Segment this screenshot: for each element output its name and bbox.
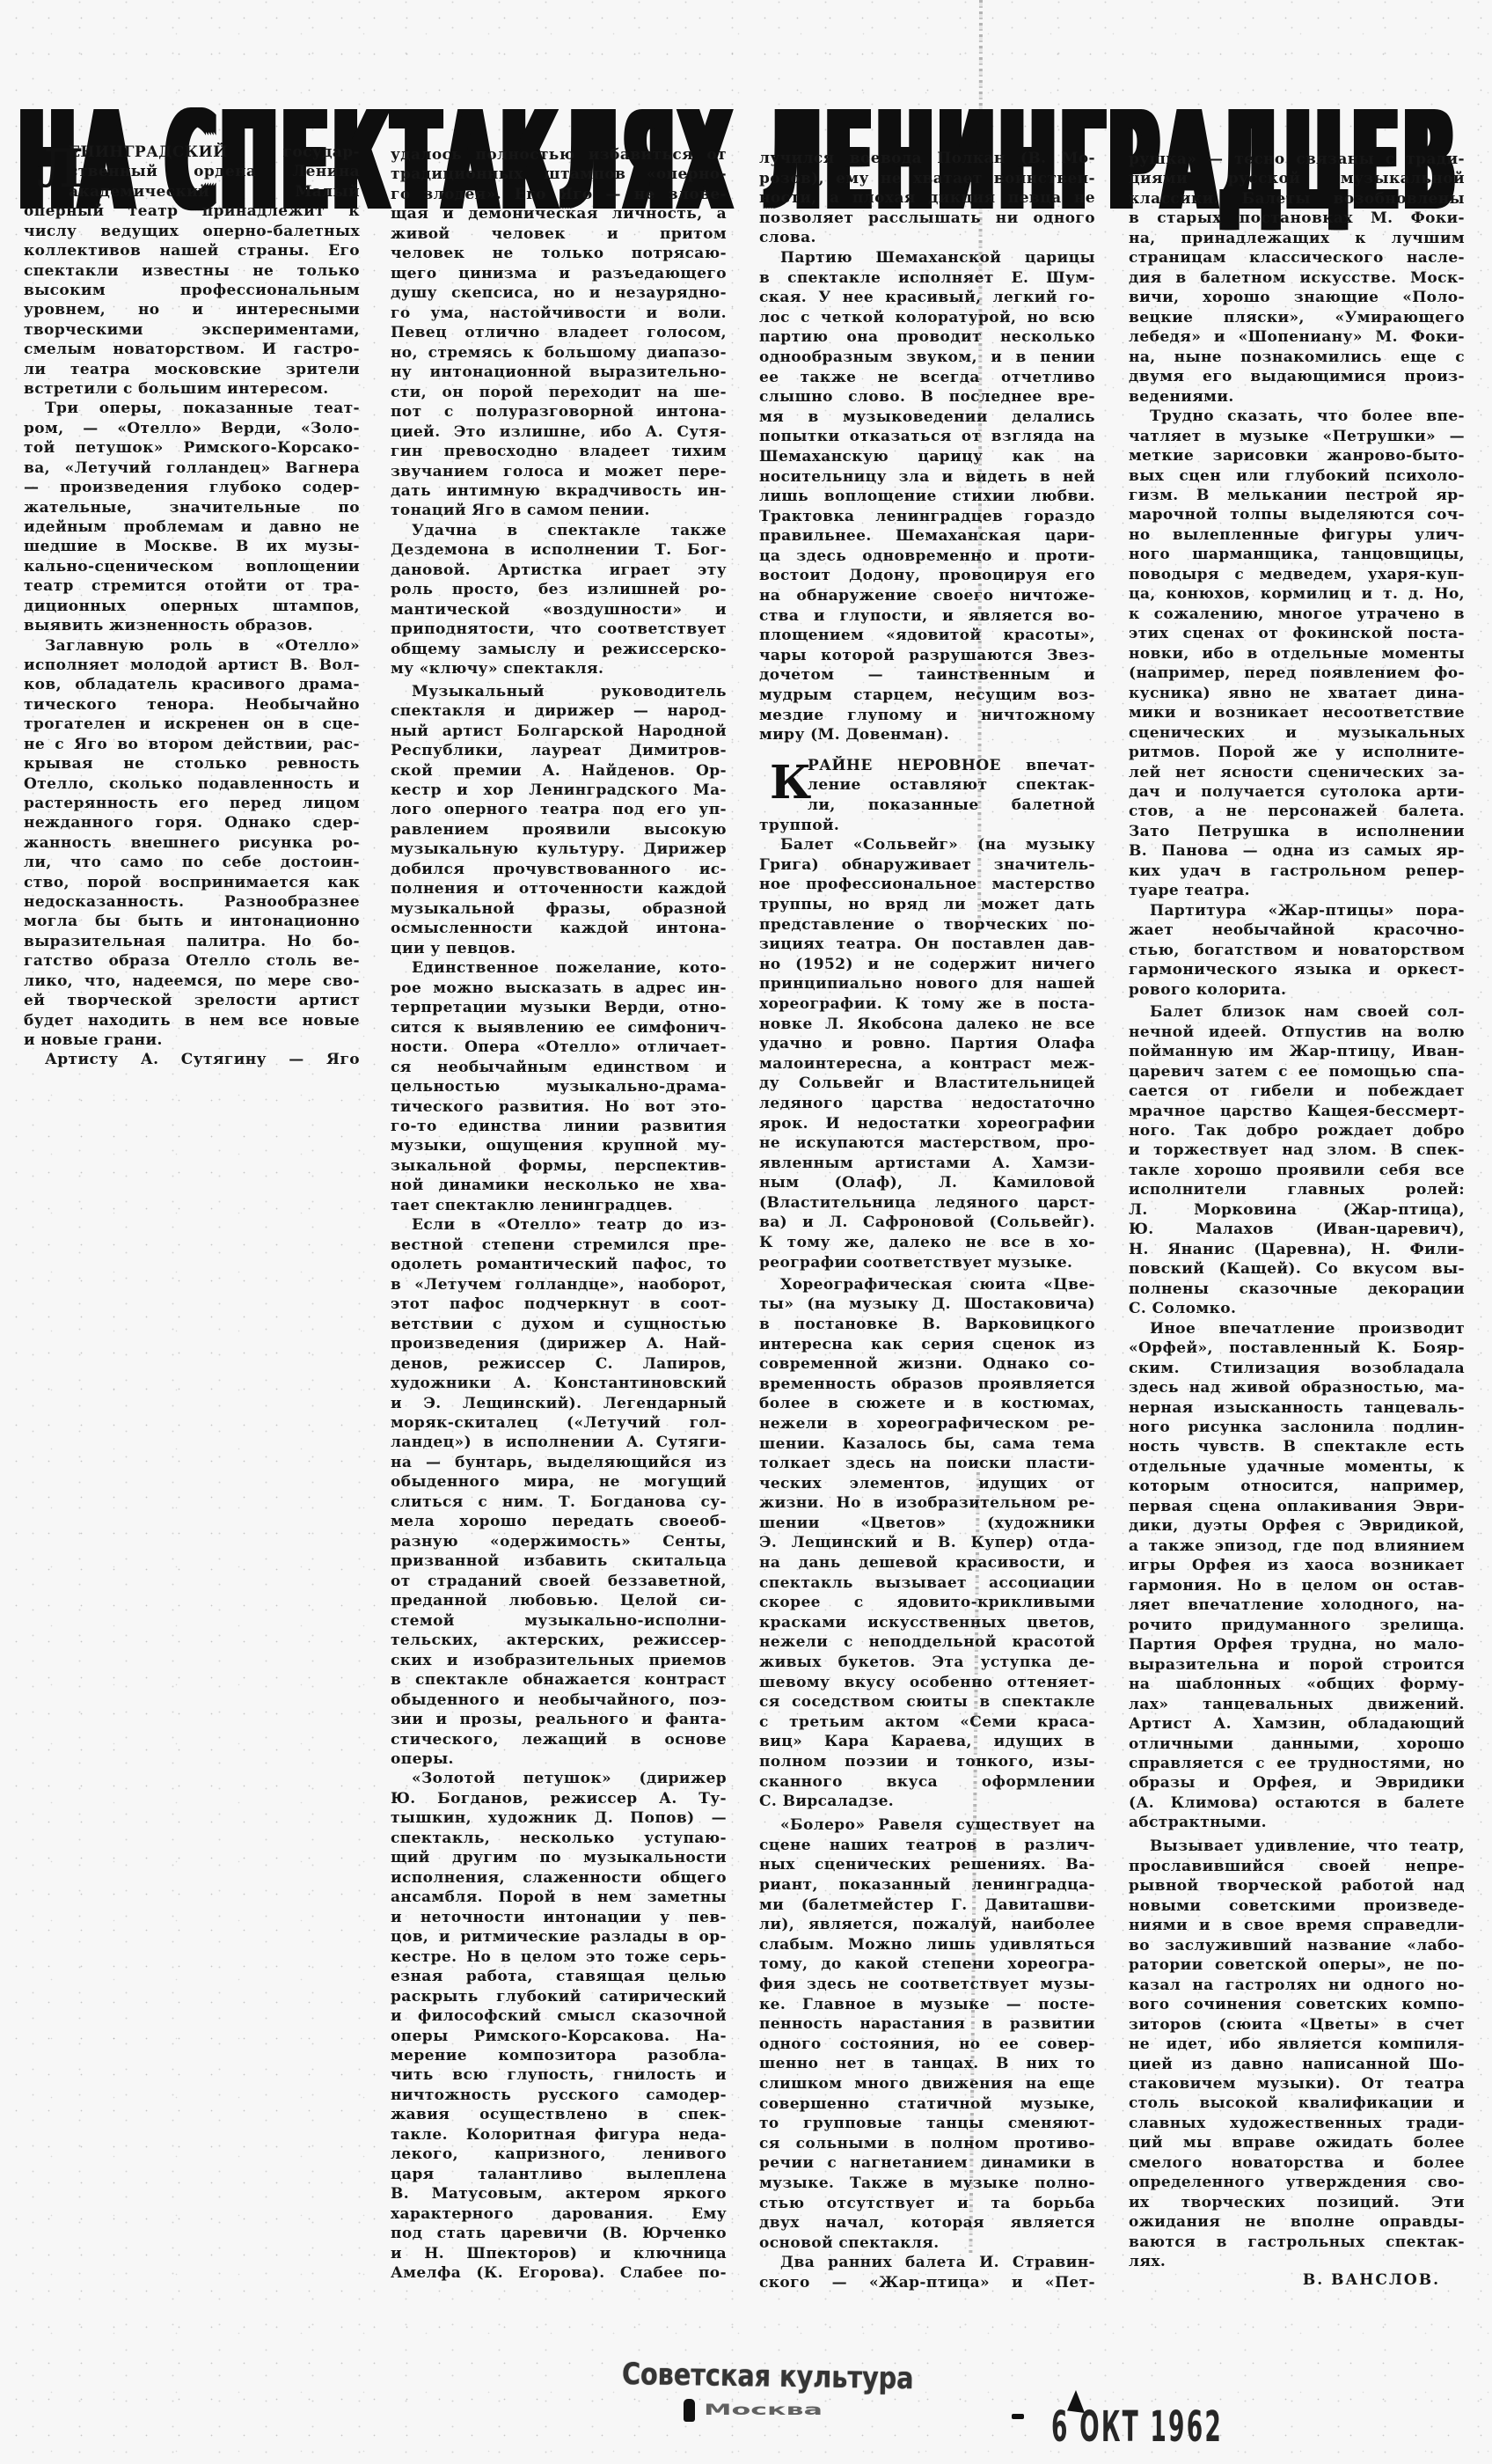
article-line: ся сольными в полном противо- <box>759 2134 1095 2154</box>
article-line: характерного дарования. Ему <box>391 2204 727 2224</box>
article-line: столь высокой квалификации и <box>1129 2094 1465 2113</box>
article-line: той петушок» Римского-Корсако- <box>24 438 360 458</box>
article-line: ца здесь одновременно и проти- <box>759 546 1095 567</box>
article-line: (Властительница ледяного царст- <box>759 1193 1095 1214</box>
article-line: Три оперы, показанные теат- <box>24 399 360 418</box>
article-line: дановой. Артистка играет эту <box>391 561 727 580</box>
article-line: С. Соломко. <box>1129 1299 1465 1318</box>
article-line: рушка» — тесно связаны с тради- <box>1129 150 1465 169</box>
article-line: лекого, капризного, ленивого <box>391 2145 727 2164</box>
article-line: на шаблонных «общих форму- <box>1129 1675 1465 1694</box>
article-line: одолеть романтический пафос, то <box>391 1255 727 1274</box>
article-line: ведениями. <box>1129 387 1465 407</box>
article-paragraph: Музыкальный руководительспектакля и дири… <box>391 682 727 959</box>
article-line: ветствии с духом и сущностью <box>391 1315 727 1334</box>
article-line: живой человек и притом <box>391 224 727 244</box>
article-line: ва, «Летучий голландец» Вагнера <box>24 458 360 478</box>
article-line: на, ныне познакомились еще с <box>1129 348 1465 367</box>
article-line: недосказанность. Разнообразнее <box>24 892 360 912</box>
article-line: высоким профессиональным <box>24 281 360 300</box>
article-line: мантической «воздушности» и <box>391 600 727 620</box>
article-line: стов, а не персонажей балета. <box>1129 802 1465 821</box>
article-line: тает спектаклю ленинградцев. <box>391 1196 727 1215</box>
article-line: мездие глупому и ничтожному <box>759 706 1095 726</box>
article-line: мерение композитора разобла- <box>391 2046 727 2065</box>
article-line: Амелфа (К. Егорова). Слабее по- <box>391 2263 727 2283</box>
article-line: с третьим актом «Семи краса- <box>759 1712 1095 1733</box>
article-line: жательные, значительные по <box>24 498 360 517</box>
article-line: оперы. <box>391 1749 727 1769</box>
article-paragraph: Два ранних балета И. Стравин-ского — «Жа… <box>759 2253 1095 2292</box>
article-line: ритмов. Порой же у исполните- <box>1129 743 1465 762</box>
article-paragraph: Трудно сказать, что более впе-чатляет в … <box>1129 407 1465 901</box>
article-line: сканного вкуса оформлении <box>759 1772 1095 1793</box>
article-line: удалось полностью избавиться от <box>391 145 727 165</box>
article-line: призванной избавить скитальца <box>391 1551 727 1571</box>
article-paragraph: Балет «Сольвейг» (на музыкуГрига) обнару… <box>759 835 1095 1272</box>
ink-blot <box>684 2399 695 2422</box>
article-line: мики и возникает несоответствие <box>1129 703 1465 722</box>
article-line: Артисту А. Сутягину — Яго <box>24 1050 360 1069</box>
article-line: выразительная палитра. Но бо- <box>24 932 360 951</box>
article-line: Если в «Отелло» театр до из- <box>391 1215 727 1235</box>
article-line: Единственное пожелание, кото- <box>391 958 727 978</box>
article-line: гатство образа Отелло столь ве- <box>24 951 360 971</box>
article-line: а также эпизод, где под влиянием <box>1129 1536 1465 1556</box>
article-line: ся соседством сюиты в спектакле <box>759 1692 1095 1712</box>
article-line: царя талантливо вылеплена <box>391 2165 727 2184</box>
article-line: сценических и музыкальных <box>1129 723 1465 743</box>
ink-blot <box>1012 2414 1024 2419</box>
article-line: под стать царевичи (В. Юрченко <box>391 2224 727 2243</box>
article-line: роль просто, без излишней ро- <box>391 580 727 599</box>
article-line: слиться с ним. Т. Богданова су- <box>391 1492 727 1512</box>
article-paragraph: ЛЕНИНГРАДСКИЙ государ-ственный ордена Ле… <box>24 143 360 399</box>
article-line: труппы, но вряд ли может дать <box>759 895 1095 915</box>
article-line: новке Л. Якобсона далеко не все <box>759 1015 1095 1035</box>
article-line: му «ключу» спектакля. <box>391 659 727 678</box>
article-line: стемой музыкально-исполни- <box>391 1611 727 1631</box>
article-line: ская. У нее красивый, легкий го- <box>759 288 1095 308</box>
article-line: ожидания не вполне оправды- <box>1129 2212 1465 2232</box>
article-line: классики. Балеты возобновлены <box>1129 189 1465 209</box>
drop-cap: Л <box>37 143 84 195</box>
article-line: однообразным звуком, и в пении <box>759 348 1095 368</box>
article-line: славных художественных тради- <box>1129 2114 1465 2133</box>
article-line: лишь воплощение стихии любви. <box>759 487 1095 507</box>
article-line: чары которой разрушаются Звез- <box>759 646 1095 666</box>
article-line: тышкин, художник Д. Попов) — <box>391 1808 727 1828</box>
article-line: и философский смысл сказочной <box>391 2006 727 2026</box>
article-line: выразительна и порой строится <box>1129 1655 1465 1675</box>
article-line: музыки, ощущения крупной му- <box>391 1136 727 1155</box>
article-line: лого оперного театра под его уп- <box>391 800 727 819</box>
article-line: повский (Кащей). Со вкусом вы- <box>1129 1259 1465 1279</box>
article-line: Ю. Богданов, режиссер А. Ту- <box>391 1789 727 1808</box>
stamp-city: Москва <box>704 2403 823 2418</box>
article-line: Два ранних балета И. Стравин- <box>759 2253 1095 2273</box>
article-line: ства и глупости, и является во- <box>759 606 1095 627</box>
article-line: мела хорошо передать своеоб- <box>391 1512 727 1531</box>
article-line: ной динамики несколько не хва- <box>391 1176 727 1195</box>
article-line: образы и Орфея, и Эвридики <box>1129 1773 1465 1793</box>
article-line: шенно нет в танцах. В них то <box>759 2054 1095 2074</box>
article-column-1: ЛЕНИНГРАДСКИЙ государ-ственный ордена Ле… <box>24 143 360 1070</box>
article-line: двух начал, которая является <box>759 2213 1095 2233</box>
article-line: Партия Орфея трудна, но мало- <box>1129 1635 1465 1654</box>
article-line: этот пафос подчеркнут в соот- <box>391 1294 727 1314</box>
article-line: цельностью музыкально-драма- <box>391 1077 727 1096</box>
article-line: ли, что само по себе достоин- <box>24 853 360 872</box>
article-line: которым относится, например, <box>1129 1477 1465 1496</box>
drop-cap: К <box>770 760 812 806</box>
article-line: Партию Шемаханской царицы <box>759 248 1095 268</box>
article-line: спектакль вызывает ассоциации <box>759 1573 1095 1594</box>
article-line: не идет, ибо является компиля- <box>1129 2035 1465 2054</box>
article-line: вестной степени стремился пре- <box>391 1236 727 1255</box>
article-line: шении «Цветов» (художники <box>759 1514 1095 1534</box>
article-line: Дездемона в исполнении Т. Бог- <box>391 540 727 560</box>
article-line: исполнения, слаженности общего <box>391 1868 727 1888</box>
article-line: жизни. Но в изобразительном ре- <box>759 1493 1095 1514</box>
article-line: абстрактными. <box>1129 1813 1465 1832</box>
article-line: человек не только потрясаю- <box>391 244 727 263</box>
article-line: Ю. Малахов (Иван-царевич), <box>1129 1220 1465 1239</box>
article-line: ми (балетмейстер Г. Давиташви- <box>759 1896 1095 1916</box>
article-line: гармонического языка и оркест- <box>1129 960 1465 979</box>
article-line: (например, перед появлением фо- <box>1129 664 1465 683</box>
article-line: рывной творческой работой над <box>1129 1876 1465 1896</box>
article-line: скорее с ядовито-крикливыми <box>759 1593 1095 1613</box>
article-line: циями русской музыкальной <box>1129 169 1465 188</box>
article-paragraph: Балет близок нам своей сол-нечной идеей.… <box>1129 1002 1465 1319</box>
article-line: но, стремясь к большому диапазо- <box>391 343 727 363</box>
stamp-publication-name: Советская культура <box>622 2359 914 2394</box>
article-paragraph: Единственное пожелание, кото-рое можно в… <box>391 958 727 1215</box>
article-line: В. Матусовым, актером яркого <box>391 2184 727 2204</box>
article-line: попытки отказаться от взгляда на <box>759 427 1095 447</box>
article-line: современной жизни. Однако со- <box>759 1354 1095 1375</box>
article-line: езная работа, ставящая целью <box>391 1967 727 1986</box>
article-line: щий другим по музыкальности <box>391 1848 727 1867</box>
article-line: осмысленности каждой интона- <box>391 919 727 938</box>
article-line: денов, режиссер С. Лапиров, <box>391 1354 727 1374</box>
article-line: и Э. Лещинский). Легендарный <box>391 1394 727 1413</box>
article-line: «Болеро» Равеля существует на <box>759 1815 1095 1836</box>
article-line: ное профессиональное мастерство <box>759 875 1095 895</box>
article-line: кестре. Но в целом это тоже серь- <box>391 1947 727 1967</box>
article-line: правильнее. Шемаханская цари- <box>759 526 1095 546</box>
article-paragraph: Партитура «Жар-птицы» пора-жает необычай… <box>1129 901 1465 1000</box>
article-line: ца, конюхов, кормилиц и т. д. Но, <box>1129 584 1465 604</box>
article-line: ром, — «Отелло» Верди, «Золо- <box>24 419 360 438</box>
article-line: совершенно статичной музыке, <box>759 2094 1095 2115</box>
article-line: первая сцена оплакивания Эври- <box>1129 1497 1465 1516</box>
article-line: лос с четкой колоратурой, но всю <box>759 308 1095 328</box>
article-line: слышно слово. В последнее вре- <box>759 387 1095 407</box>
article-line: Республики, лауреат Димитров- <box>391 741 727 760</box>
article-line: обыденного мира, не могущий <box>391 1472 727 1492</box>
article-line: двумя его выдающимися произ- <box>1129 367 1465 386</box>
article-line: лико, что, надеемся, по мере сво- <box>24 972 360 991</box>
article-line: терпретации музыки Верди, отно- <box>391 998 727 1017</box>
article-line: дики, дуэты Орфея с Эвридикой, <box>1129 1516 1465 1536</box>
article-line: ратории советской оперы», не по- <box>1129 1955 1465 1975</box>
article-line: ного. Так добро рождает добро <box>1129 1121 1465 1140</box>
article-line: шедшие в Москве. В их музы- <box>24 537 360 556</box>
article-line: такле хорошо проявили себя все <box>1129 1161 1465 1180</box>
article-line: отдельные удачные моменты, к <box>1129 1457 1465 1477</box>
article-line: позволяет расслышать ни одного <box>759 209 1095 229</box>
article-line: ности, а плохая дикция певца не <box>759 188 1095 209</box>
article-line: Иное впечатление производит <box>1129 1319 1465 1338</box>
article-line: сцене наших театров в различ- <box>759 1836 1095 1856</box>
article-line: ли театра московские зрители <box>24 360 360 379</box>
article-line: риант, показанный ленинградца- <box>759 1875 1095 1896</box>
article-column-4: рушка» — тесно связаны с тради-циями рус… <box>1129 150 1465 2272</box>
article-line: ничтожность русского самодер- <box>391 2086 727 2105</box>
article-line: пот с полуразговорной интона- <box>391 402 727 422</box>
article-line: душу скепсиса, но и незаурядно- <box>391 283 727 303</box>
article-line: цов, и ритмические разлады в ор- <box>391 1927 727 1947</box>
article-line: го ума, настойчивости и воли. <box>391 304 727 323</box>
article-line: Вызывает удивление, что театр, <box>1129 1837 1465 1856</box>
article-line: ность чувств. В спектакле есть <box>1129 1437 1465 1456</box>
article-line: гармония. Но в целом он остав- <box>1129 1576 1465 1595</box>
article-line: традиционных штампов «оперно- <box>391 165 727 184</box>
article-line: меткие зарисовки жанрово-быто- <box>1129 446 1465 466</box>
article-line: миру (М. Довенман). <box>759 725 1095 745</box>
article-line: ниями и в свое время справедли- <box>1129 1916 1465 1935</box>
article-line: ским. Стилизация возобладала <box>1129 1359 1465 1378</box>
article-line: сится к выявлению ее симфонич- <box>391 1018 727 1038</box>
article-paragraph: лучился воевода Полкан (В. Мо-розов), ем… <box>759 149 1095 248</box>
article-line: вых сцен или глубокий психоло- <box>1129 466 1465 486</box>
article-line: исполнители главных ролей: <box>1129 1180 1465 1199</box>
article-line: востоит Додону, провоцируя его <box>759 566 1095 586</box>
article-line: коллективов нашей страны. Его <box>24 241 360 260</box>
article-line: Грига) обнаруживает значитель- <box>759 855 1095 876</box>
article-line: лей нет ясности сценических за- <box>1129 763 1465 782</box>
article-line: более в сюжете и в костюмах, <box>759 1394 1095 1414</box>
article-line: в «Летучем голландце», наоборот, <box>391 1275 727 1294</box>
article-line: этих сценах от фокинской поста- <box>1129 624 1465 643</box>
article-line: в спектакле обнажается контраст <box>391 1670 727 1690</box>
article-line: зыкальной формы, перспектив- <box>391 1156 727 1176</box>
article-line: рое можно высказать в адрес ин- <box>391 979 727 998</box>
article-line: малоинтересна, а контраст меж- <box>759 1054 1095 1074</box>
article-line: марочной толпы выделяются соч- <box>1129 505 1465 524</box>
article-line: ство, порой воспринимается как <box>24 873 360 892</box>
article-line: смелым новаторством. И гастро- <box>24 340 360 359</box>
article-line: Балет «Сольвейг» (на музыку <box>759 835 1095 855</box>
article-line: диционных оперных штампов, <box>24 597 360 616</box>
article-line: нежданного горя. Однако сдер- <box>24 813 360 832</box>
article-line: не с Яго во втором действии, рас- <box>24 735 360 754</box>
article-line: явленным артистами А. Хамзи- <box>759 1154 1095 1174</box>
article-line: мя в музыковедении делались <box>759 407 1095 428</box>
article-line: Отелло, сколько подавленность и <box>24 774 360 794</box>
article-line: Хореографическая сюита «Цве- <box>759 1275 1095 1295</box>
article-line: стического, лежащий в основе <box>391 1730 727 1749</box>
article-line: моряк-скиталец («Летучий гол- <box>391 1413 727 1433</box>
article-line: представление о творческих по- <box>759 915 1095 935</box>
article-line: но вылепленные фигуры улич- <box>1129 525 1465 545</box>
article-line: ков, обладатель красивого драма- <box>24 675 360 694</box>
article-line: нежели в хореографическом ре- <box>759 1414 1095 1434</box>
article-line: в старых постановках М. Фоки- <box>1129 209 1465 228</box>
article-paragraph: Если в «Отелло» театр до из-вестной степ… <box>391 1215 727 1769</box>
article-paragraph: удалось полностью избавиться оттрадицион… <box>391 145 727 521</box>
article-line: жавия осуществлено в спек- <box>391 2105 727 2124</box>
article-line: красками искусственных цветов, <box>759 1613 1095 1633</box>
article-line: живых букетов. Эта уступка де- <box>759 1653 1095 1673</box>
article-line: ее также не всегда отчетливо <box>759 368 1095 388</box>
article-line: музыкальной фразы, образной <box>391 899 727 919</box>
article-line: ских и изобразительных приемов <box>391 1651 727 1670</box>
article-line: ций мы вправе ожидать более <box>1129 2133 1465 2152</box>
article-line: ке. Главное в музыке — посте- <box>759 1995 1095 2015</box>
article-line: носительницу зла и видеть в ней <box>759 467 1095 488</box>
article-line: основой спектакля. <box>759 2233 1095 2254</box>
article-line: встретили с большим интересом. <box>24 379 360 399</box>
article-line: обыденного и необычайного, поэ- <box>391 1690 727 1710</box>
article-line: идейным проблемам и давно не <box>24 517 360 537</box>
article-line: вого сочинения советских компо- <box>1129 1995 1465 2014</box>
article-line: ей творческой зрелости артист <box>24 991 360 1010</box>
article-line: интересна как серия сценок из <box>759 1335 1095 1355</box>
article-line: ляет впечатление холодного, на- <box>1129 1595 1465 1615</box>
article-line: ду Сольвейг и Властительницей <box>759 1074 1095 1094</box>
article-line: здесь над живой образностью, ма- <box>1129 1378 1465 1397</box>
article-line: чить всю глупость, гнилость и <box>391 2065 727 2085</box>
article-line: мрачное царство Кащея-бессмерт- <box>1129 1102 1465 1121</box>
article-line: Певец отлично владеет голосом, <box>391 323 727 342</box>
article-line: рочито придуманного зрелища. <box>1129 1616 1465 1635</box>
article-line: ции у певцов. <box>391 939 727 958</box>
article-line: одного состояния, но ее совер- <box>759 2035 1095 2055</box>
article-line: не искупаются мастерством, про- <box>759 1133 1095 1154</box>
article-line: Н. Янанис (Царевна), Н. Фили- <box>1129 1240 1465 1259</box>
article-line: преданной любовью. Целой си- <box>391 1591 727 1610</box>
article-line: труппой. <box>759 816 1095 836</box>
article-line: музыке. Также в музыке полно- <box>759 2174 1095 2194</box>
article-line: лучился воевода Полкан (В. Мо- <box>759 149 1095 169</box>
article-line: игры Орфея из хаоса возникает <box>1129 1556 1465 1575</box>
article-line: толкает здесь на поиски пласти- <box>759 1454 1095 1474</box>
article-line: в постановке В. Варковицкого <box>759 1315 1095 1335</box>
author-signature: В. ВАНСЛОВ. <box>1303 2273 1440 2288</box>
article-line: Трудно сказать, что более впе- <box>1129 407 1465 426</box>
article-line: ности. Опера «Отелло» отличает- <box>391 1038 727 1057</box>
article-line: хореографии. К тому же в поста- <box>759 994 1095 1015</box>
article-line: лях. <box>1129 2252 1465 2271</box>
stamp-date: 6 ОКТ 1962 <box>1051 2406 1223 2448</box>
article-line: на, принадлежащих к лучшим <box>1129 229 1465 248</box>
article-line: разную «одержимость» Сенты, <box>391 1532 727 1551</box>
article-line: на дань дешевой красивости, и <box>759 1553 1095 1573</box>
article-line: кально-сценическом воплощении <box>24 557 360 576</box>
article-line: и торжествует над злом. В спек- <box>1129 1140 1465 1160</box>
article-line: ного шарманщика, танцовщицы, <box>1129 545 1465 564</box>
article-line: стаковичем музыки). От театра <box>1129 2074 1465 2094</box>
article-line: Балет близок нам своей сол- <box>1129 1002 1465 1022</box>
article-line: ярок. И недостатки хореографии <box>759 1114 1095 1134</box>
article-line: крывая не столько ревность <box>24 754 360 774</box>
article-line: фия здесь не соответствует музы- <box>759 1975 1095 1995</box>
article-paragraph: Артисту А. Сутягину — Яго <box>24 1050 360 1069</box>
article-line: В. Панова — одна из самых яр- <box>1129 841 1465 861</box>
article-line: шении. Казалось бы, сама тема <box>759 1434 1095 1455</box>
article-line: полнены сказочные декорации <box>1129 1280 1465 1299</box>
article-line: «Орфей», поставленный К. Бояр- <box>1129 1338 1465 1358</box>
article-line: слабым. Можно лишь удивляться <box>759 1935 1095 1955</box>
article-paragraph: Хореографическая сюита «Цве-ты» (на музы… <box>759 1275 1095 1812</box>
article-line: щего цинизма и разъедающего <box>391 264 727 283</box>
article-line: страницам классического насле- <box>1129 248 1465 268</box>
stamp-publication-wrapper: Советская культура <box>622 2359 969 2394</box>
article-line: царевич затем с ее помощью спа- <box>1129 1062 1465 1082</box>
article-line: Шемаханскую царицу как на <box>759 447 1095 467</box>
article-line: их творческих позиций. Эти <box>1129 2193 1465 2212</box>
article-line: чатляет в музыке «Петрушки» — <box>1129 427 1465 446</box>
article-line: Заглавную роль в «Отелло» <box>24 636 360 656</box>
article-line: тического развития. Но вот это- <box>391 1097 727 1117</box>
article-line: определенного утверждения сво- <box>1129 2173 1465 2192</box>
article-line: кусника) явно не хватает дина- <box>1129 684 1465 703</box>
article-line: виц» Кара Караева, идущих в <box>759 1732 1095 1752</box>
article-line: оперы Римского-Корсакова. На- <box>391 2027 727 2046</box>
article-line: ный артист Болгарской Народной <box>391 722 727 741</box>
article-line: К тому же, далеко не все в хо- <box>759 1233 1095 1253</box>
article-line: реографии соответствует музыке. <box>759 1253 1095 1273</box>
article-line: раскрыть глубокий сатирический <box>391 1987 727 2006</box>
article-line: Л. Морковина (Жар-птица), <box>1129 1200 1465 1220</box>
article-line: на — бунтарь, выделяющийся из <box>391 1453 727 1472</box>
article-line: художники А. Константиновский <box>391 1374 727 1393</box>
article-line: смелого новаторства и более <box>1129 2153 1465 2173</box>
article-line: ли), является, пожалуй, наиболее <box>759 1915 1095 1935</box>
article-line: тического тенора. Необычайно <box>24 695 360 715</box>
article-line: цией из давно написанной Шо- <box>1129 2055 1465 2074</box>
article-line: ансамбля. Порой в нем заметны <box>391 1888 727 1907</box>
article-line: новыми советскими произведе- <box>1129 1896 1465 1916</box>
article-line: ных сценических решениях. Ва- <box>759 1855 1095 1875</box>
article-line: стью, богатством и новаторством <box>1129 941 1465 960</box>
article-line: выявить жизненность образов. <box>24 616 360 635</box>
article-line: дач и получается сутолока арти- <box>1129 782 1465 802</box>
article-paragraph: «Золотой петушок» (дирижерЮ. Богданов, р… <box>391 1769 727 2283</box>
article-line: площением «ядовитой красоты», <box>759 626 1095 646</box>
article-line: и неточности интонации у пев- <box>391 1908 727 1927</box>
article-line: цией. Это излишне, ибо А. Сутя- <box>391 422 727 442</box>
article-line: туаре театра. <box>1129 881 1465 900</box>
article-line: прославившийся своей непре- <box>1129 1857 1465 1876</box>
article-line: розов), ему не хватает воинствен- <box>759 169 1095 189</box>
article-line: ческих элементов, идущих от <box>759 1474 1095 1494</box>
article-line: полнения и отточенности каждой <box>391 879 727 898</box>
article-line: растерянность его перед лицом <box>24 794 360 813</box>
article-line: дочетом — таинственным и <box>759 665 1095 686</box>
article-line: жанность внешнего рисунка ро- <box>24 833 360 853</box>
article-line: спектакля и дирижер — народ- <box>391 701 727 721</box>
article-line: — произведения глубоко содер- <box>24 478 360 497</box>
article-line: нерная изысканность танцеваль- <box>1129 1398 1465 1418</box>
article-line: тонаций Яго в самом пении. <box>391 501 727 520</box>
article-line: зициях театра. Он поставлен дав- <box>759 935 1095 955</box>
article-line: речии с нагнетанием динамики в <box>759 2153 1095 2174</box>
article-line: ваются в гастрольных спектак- <box>1129 2233 1465 2252</box>
